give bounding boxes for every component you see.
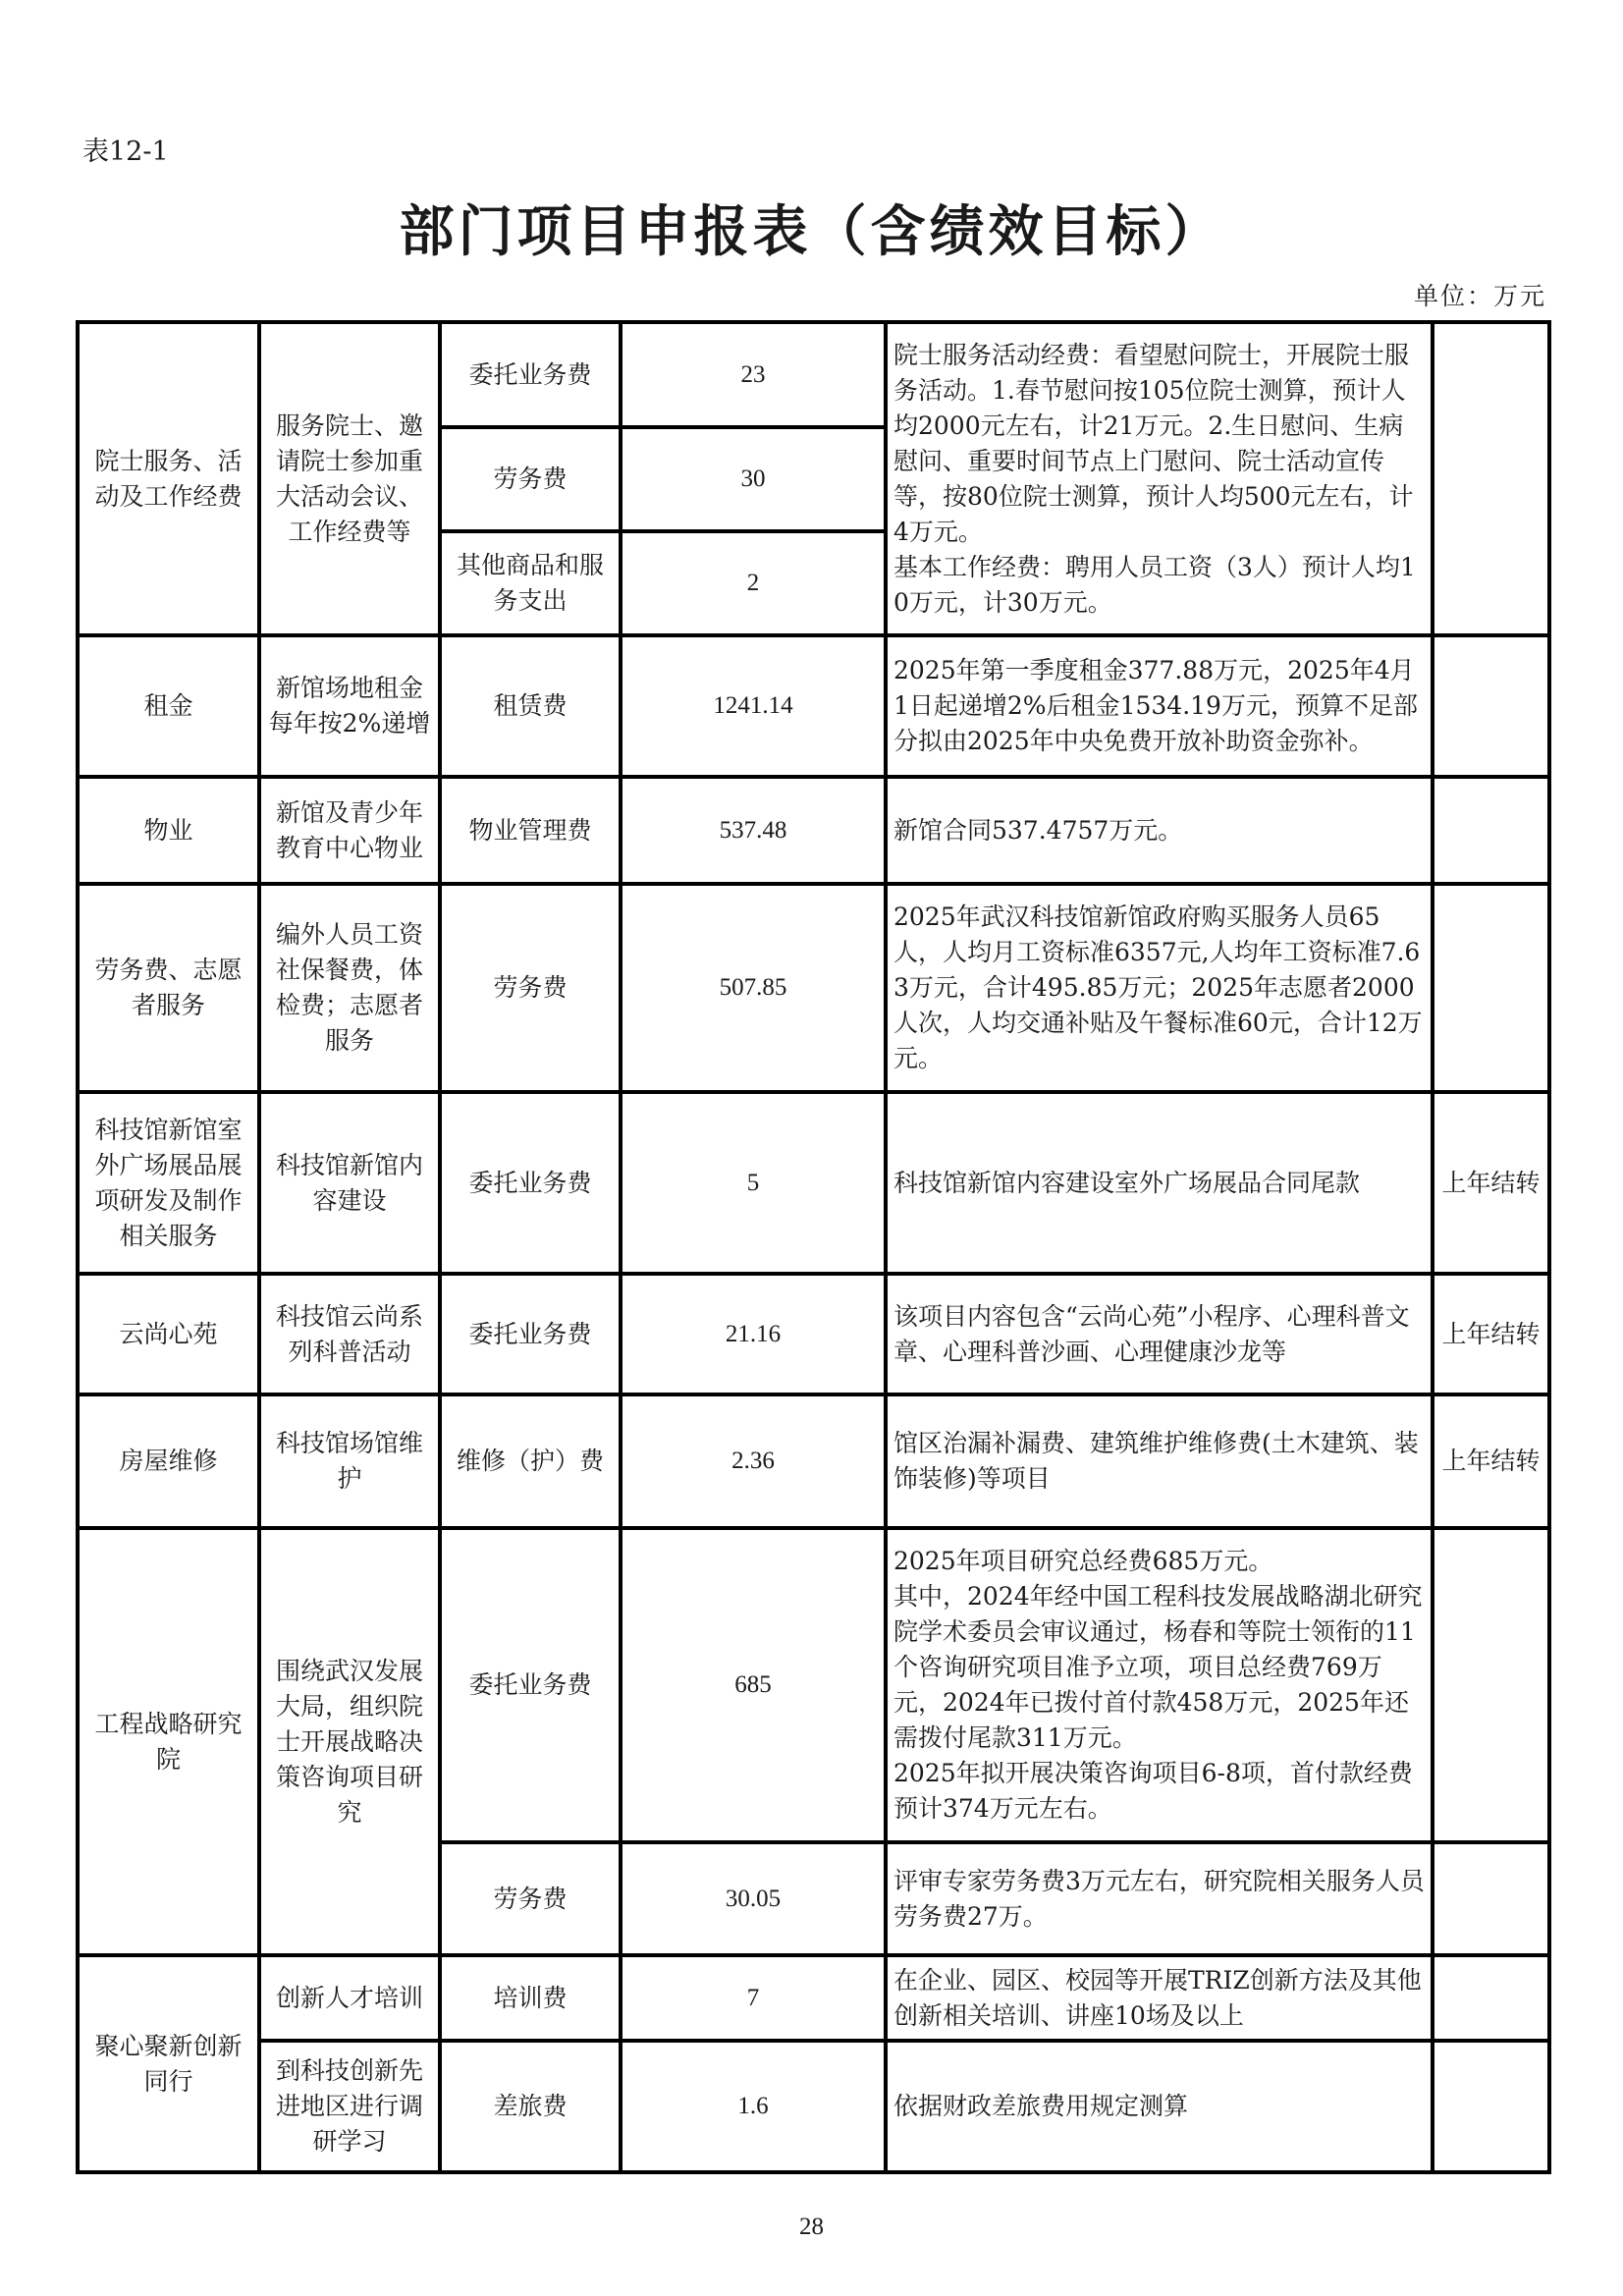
expense-category: 委托业务费 [440,322,621,427]
amount: 507.85 [621,884,886,1092]
project-content: 围绕武汉发展大局，组织院士开展战略决策咨询项目研究 [259,1528,440,1955]
expense-category: 其他商品和服务支出 [440,531,621,635]
project-content: 科技馆新馆内容建设 [259,1092,440,1274]
table-row: 劳务费、志愿者服务 编外人员工资社保餐费，体检费；志愿者服务 劳务费 507.8… [78,884,1549,1092]
description: 院士服务活动经费：看望慰问院士，开展院士服务活动。1.春节慰问按105位院士测算… [886,322,1433,635]
remark: 上年结转 [1433,1274,1549,1394]
table-row: 到科技创新先进地区进行调研学习 差旅费 1.6 依据财政差旅费用规定测算 [78,2041,1549,2172]
project-content: 创新人才培训 [259,1955,440,2041]
description: 科技馆新馆内容建设室外广场展品合同尾款 [886,1092,1433,1274]
amount: 1.6 [621,2041,886,2172]
project-content: 到科技创新先进地区进行调研学习 [259,2041,440,2172]
description: 2025年第一季度租金377.88万元，2025年4月1日起递增2%后租金153… [886,635,1433,777]
remark [1433,2041,1549,2172]
remark: 上年结转 [1433,1092,1549,1274]
description: 2025年项目研究总经费685万元。 其中，2024年经中国工程科技发展战略湖北… [886,1528,1433,1842]
table-row: 工程战略研究院 围绕武汉发展大局，组织院士开展战略决策咨询项目研究 委托业务费 … [78,1528,1549,1842]
project-name: 院士服务、活动及工作经费 [78,322,259,635]
project-content: 编外人员工资社保餐费，体检费；志愿者服务 [259,884,440,1092]
project-name: 租金 [78,635,259,777]
project-content: 服务院士、邀请院士参加重大活动会议、工作经费等 [259,322,440,635]
description: 馆区治漏补漏费、建筑维护维修费(土木建筑、装饰装修)等项目 [886,1394,1433,1528]
table-row: 云尚心苑 科技馆云尚系列科普活动 委托业务费 21.16 该项目内容包含“云尚心… [78,1274,1549,1394]
project-name: 物业 [78,777,259,884]
remark: 上年结转 [1433,1394,1549,1528]
remark [1433,884,1549,1092]
remark [1433,777,1549,884]
table-number: 表12-1 [82,130,169,168]
project-content: 科技馆云尚系列科普活动 [259,1274,440,1394]
expense-category: 培训费 [440,1955,621,2041]
expense-category: 物业管理费 [440,777,621,884]
amount: 30.05 [621,1842,886,1955]
remark [1433,1955,1549,2041]
page-number: 28 [0,2214,1623,2241]
table-row: 物业 新馆及青少年教育中心物业 物业管理费 537.48 新馆合同537.475… [78,777,1549,884]
expense-category: 劳务费 [440,884,621,1092]
remark [1433,1528,1549,1842]
amount: 23 [621,322,886,427]
project-name: 工程战略研究院 [78,1528,259,1955]
expense-category: 委托业务费 [440,1528,621,1842]
expense-category: 劳务费 [440,1842,621,1955]
description: 在企业、园区、校园等开展TRIZ创新方法及其他创新相关培训、讲座10场及以上 [886,1955,1433,2041]
expense-category: 委托业务费 [440,1092,621,1274]
remark [1433,322,1549,635]
project-content: 新馆及青少年教育中心物业 [259,777,440,884]
amount: 1241.14 [621,635,886,777]
project-name: 劳务费、志愿者服务 [78,884,259,1092]
amount: 30 [621,427,886,531]
remark [1433,635,1549,777]
amount: 7 [621,1955,886,2041]
project-content: 新馆场地租金每年按2%递增 [259,635,440,777]
description: 新馆合同537.4757万元。 [886,777,1433,884]
project-name: 科技馆新馆室外广场展品展项研发及制作相关服务 [78,1092,259,1274]
table-row: 聚心聚新创新同行 创新人才培训 培训费 7 在企业、园区、校园等开展TRIZ创新… [78,1955,1549,2041]
remark [1433,1842,1549,1955]
description: 依据财政差旅费用规定测算 [886,2041,1433,2172]
amount: 2.36 [621,1394,886,1528]
expense-category: 租赁费 [440,635,621,777]
unit-label: 单位：万元 [1414,277,1546,312]
description: 评审专家劳务费3万元左右，研究院相关服务人员劳务费27万。 [886,1842,1433,1955]
expense-category: 差旅费 [440,2041,621,2172]
expense-category: 劳务费 [440,427,621,531]
project-table: 院士服务、活动及工作经费 服务院士、邀请院士参加重大活动会议、工作经费等 委托业… [76,320,1551,2174]
amount: 685 [621,1528,886,1842]
page-title: 部门项目申报表（含绩效目标） [0,189,1623,267]
project-content: 科技馆场馆维护 [259,1394,440,1528]
table-row: 院士服务、活动及工作经费 服务院士、邀请院士参加重大活动会议、工作经费等 委托业… [78,322,1549,427]
amount: 537.48 [621,777,886,884]
project-name: 聚心聚新创新同行 [78,1955,259,2172]
table-row: 租金 新馆场地租金每年按2%递增 租赁费 1241.14 2025年第一季度租金… [78,635,1549,777]
description: 2025年武汉科技馆新馆政府购买服务人员65人，人均月工资标准6357元,人均年… [886,884,1433,1092]
project-name: 房屋维修 [78,1394,259,1528]
table-row: 科技馆新馆室外广场展品展项研发及制作相关服务 科技馆新馆内容建设 委托业务费 5… [78,1092,1549,1274]
project-name: 云尚心苑 [78,1274,259,1394]
table-row: 房屋维修 科技馆场馆维护 维修（护）费 2.36 馆区治漏补漏费、建筑维护维修费… [78,1394,1549,1528]
expense-category: 委托业务费 [440,1274,621,1394]
description: 该项目内容包含“云尚心苑”小程序、心理科普文章、心理科普沙画、心理健康沙龙等 [886,1274,1433,1394]
amount: 21.16 [621,1274,886,1394]
amount: 5 [621,1092,886,1274]
expense-category: 维修（护）费 [440,1394,621,1528]
amount: 2 [621,531,886,635]
